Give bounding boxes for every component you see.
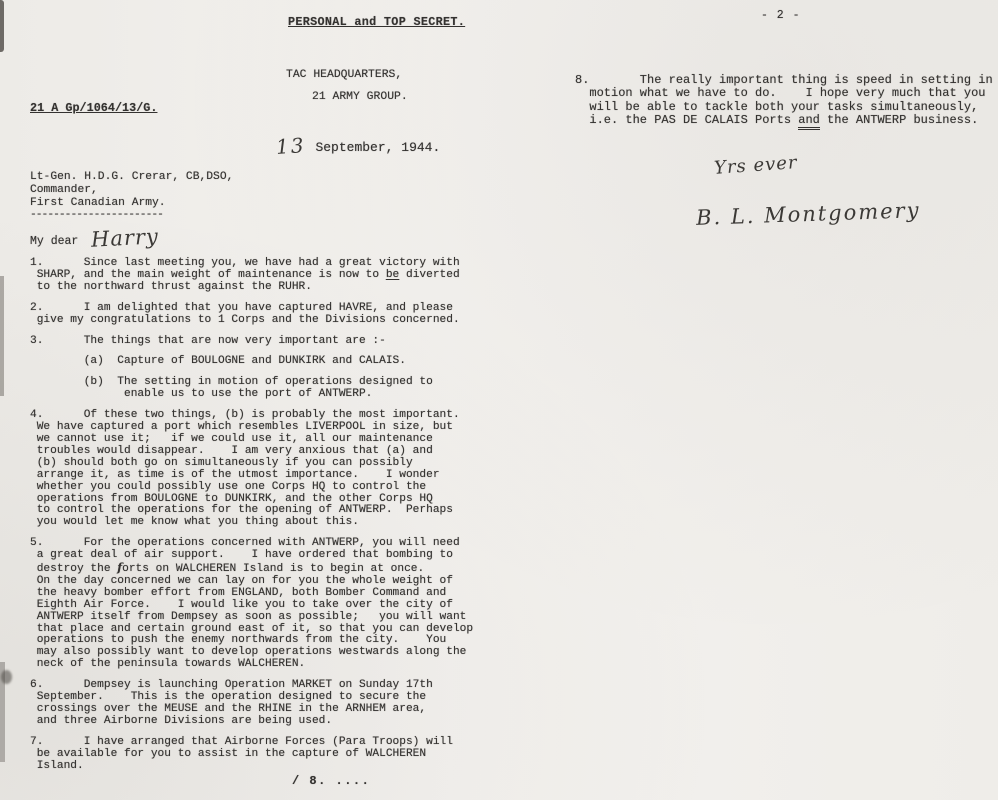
paragraph: 2. I am delighted that you have captured… xyxy=(30,303,510,327)
scan-artifact-top-left xyxy=(0,0,4,52)
reference-number: 21 A Gp/1064/13/G. xyxy=(30,101,157,115)
letterhead-army-group: 21 ARMY GROUP. xyxy=(312,91,408,103)
salutation-typed: My dear xyxy=(30,235,78,248)
paragraph: 5. For the operations concerned with ANT… xyxy=(30,538,510,671)
paragraph: 4. Of these two things, (b) is probably … xyxy=(30,410,510,529)
paragraph: 8. The really important thing is speed i… xyxy=(575,74,995,128)
recipient-underline: ----------------------- xyxy=(30,209,163,221)
page-number: - 2 - xyxy=(761,9,801,22)
scan-artifact-left-middle xyxy=(0,276,4,396)
paragraph: 7. I have arranged that Airborne Forces … xyxy=(30,737,510,773)
body-paragraphs-page1: 1. Since last meeting you, we have had a… xyxy=(30,258,510,782)
recipient-block: Lt-Gen. H.D.G. Crerar, CB,DSO, Commander… xyxy=(30,171,233,210)
paragraph: 1. Since last meeting you, we have had a… xyxy=(30,258,510,294)
paragraph: (b) The setting in motion of operations … xyxy=(30,377,510,401)
typed-date: September, 1944. xyxy=(315,140,440,155)
body-paragraphs-page2: 8. The really important thing is speed i… xyxy=(575,74,995,137)
paragraph: (a) Capture of BOULOGNE and DUNKIRK and … xyxy=(30,356,510,368)
letterhead-tac-headquarters: TAC HEADQUARTERS, xyxy=(286,69,402,81)
salutation: My dear Harry xyxy=(30,226,159,250)
handwritten-name: Harry xyxy=(91,224,160,252)
paragraph: 3. The things that are now very importan… xyxy=(30,336,510,348)
handwritten-day: 13 xyxy=(275,133,306,159)
date-line: 13 September, 1944. xyxy=(276,134,440,158)
classification-stamp: PERSONAL and TOP SECRET. xyxy=(288,15,465,29)
scan-artifact-blob xyxy=(1,670,12,684)
continuation-mark: / 8. .... xyxy=(292,774,370,788)
paragraph: 6. Dempsey is launching Operation MARKET… xyxy=(30,680,510,728)
